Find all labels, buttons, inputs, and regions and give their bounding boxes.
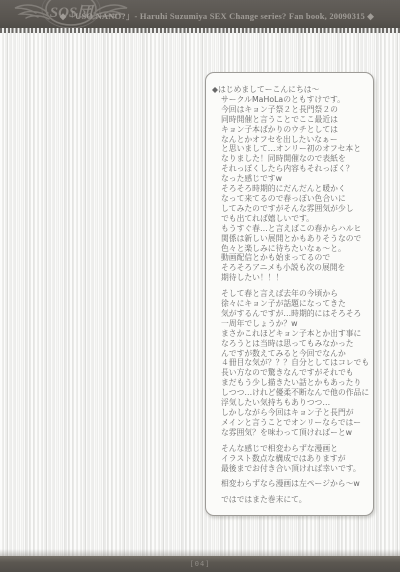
note-line: ◆はじめましてーこんにちは～ [212,85,369,95]
note-line: でも出てれば嬉しいです。 [221,214,369,224]
note-paragraph: そんな感じで相変わらずな漫画とイラスト数点な構成ではありますが最後までお付き合い… [221,444,369,474]
note-text: ◆はじめましてーこんにちは～サークルMaHoLaのともすけです。今回はキョン子祭… [221,85,369,505]
note-line: そして春と言えば去年の今頃から [221,289,369,299]
note-line: 色々と楽しみに待ちたいなぁ～と。 [221,244,369,254]
note-line: 動画配信とかも始まってるので [221,253,369,263]
note-line: そんな感じで相変わらずな漫画と [221,444,369,454]
note-line: イラスト数点な構成ではありますが [221,454,369,464]
logo-left-wing-icon [15,5,49,19]
note-line: しつつ…けれど優柔不断なんで他の作品に [221,388,369,398]
note-line: してみたのですがそんな雰囲気が少し [221,204,369,214]
note-line: な雰囲気？を味わって頂ければーとw [221,428,369,438]
note-line: それっぽくしたら内容もそれっぽく？ [221,164,369,174]
footer-stripe-shadow [0,549,400,556]
note-line: ４冊目な気が？？？自分としてはコレでも [221,358,369,368]
note-line: キョン子本ばかりのウチとしては [221,125,369,135]
note-line: なりました！同時開催なので表紙を [221,154,369,164]
note-line: 徐々にキョン子が話題になってきた [221,299,369,309]
note-line: と思いまして…オンリー初のオフセ本と [221,144,369,154]
note-line: 浮気したい気持ちもありつつ… [221,398,369,408]
note-line: 長い方なので驚きなんですがそれでも [221,368,369,378]
note-line: そろそろ時期的にだんだんと暖かく [221,184,369,194]
note-line: なった感じですw [221,174,369,184]
note-line: んですが数えてみると今回でなんか [221,349,369,359]
page-number: [04] [190,560,211,568]
note-line: ではではまた巻末にて。 [221,495,369,505]
note-line: まさかこれほどキョン子本とか出す事に [221,329,369,339]
note-line: 同時開催と言うことでここ最近は [221,115,369,125]
note-line: 今回はキョン子祭２と長門祭２の [221,105,369,115]
note-paragraph: 相変わらずなら漫画は左ページから～w [221,479,369,489]
note-line: 関係は新しい展開とかもありそうなので [221,234,369,244]
note-line: まだもう少し描きたい話とかもあったり [221,378,369,388]
note-line: 一周年でしょうか？w [221,319,369,329]
scanned-fanbook-page: { "header": { "logo_text": "SOS団", "titl… [0,0,400,572]
note-line: そろそろアニメも小説も次の展開を [221,263,369,273]
note-line: 最後までお付き合い頂ければ幸いです。 [221,464,369,474]
note-line: なって来てるので春っぽい色合いに [221,194,369,204]
note-paragraph: そして春と言えば去年の今頃から徐々にキョン子が話題になってきた気がするんですが…… [221,289,369,438]
note-line: なろうとは当時は思ってもみなかった [221,339,369,349]
author-note-box: ◆はじめましてーこんにちは～サークルMaHoLaのともすけです。今回はキョン子祭… [205,72,374,516]
note-line: もうすぐ春…と言えばこの春からハルヒ [221,224,369,234]
note-line: なんとかオフセを出したいなぁー [221,135,369,145]
note-line: 期待したい！！！ [221,273,369,283]
note-line: メインと言うことでオンリーならではー [221,418,369,428]
note-paragraph: ◆はじめましてーこんにちは～サークルMaHoLaのともすけです。今回はキョン子祭… [221,85,369,283]
note-line: 相変わらずなら漫画は左ページから～w [221,479,369,489]
note-line: 気がするんですが…時期的にはそろそろ [221,309,369,319]
header-title: ◆「USO NANO?」- Haruhi Suzumiya SEX Change… [60,10,374,22]
note-line: サークルMaHoLaのともすけです。 [221,95,369,105]
note-line: しかしながら今回はキョン子と長門が [221,408,369,418]
footer-bar: [04] [0,556,400,572]
note-paragraph: ではではまた巻末にて。 [221,495,369,505]
header-bar: SOS団 ◆「USO NANO?」- Haruhi Suzumiya SEX C… [0,0,400,28]
header-stripe-shadow [0,28,400,33]
